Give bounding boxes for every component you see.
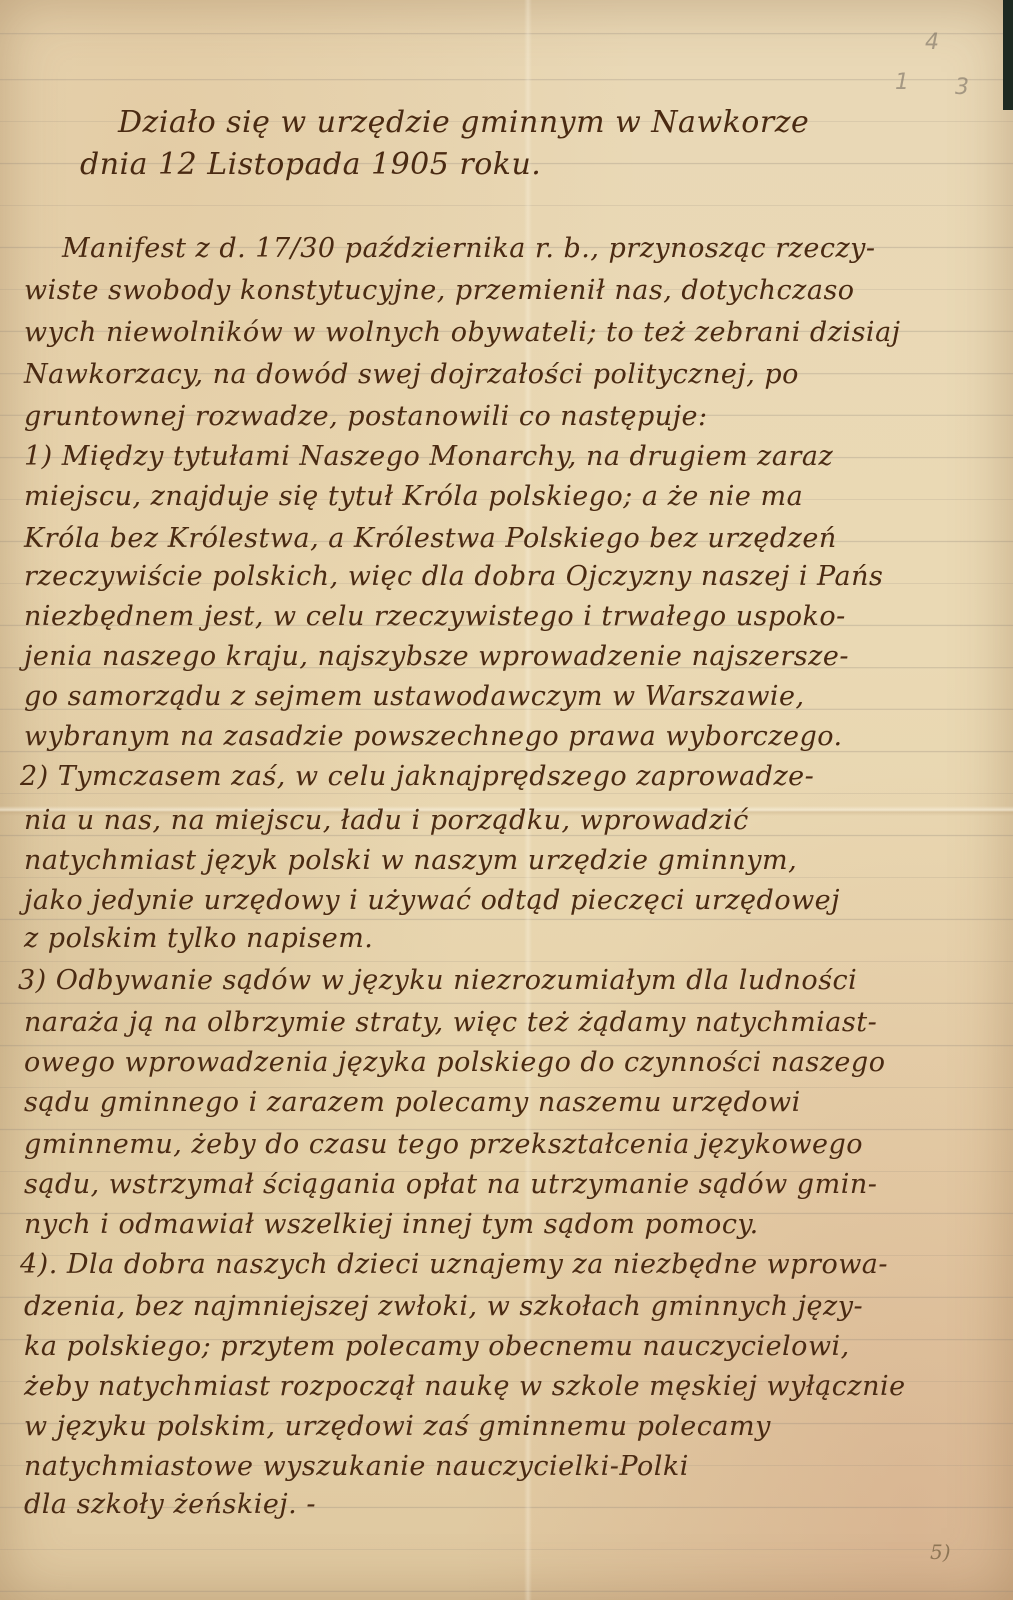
body-line: wybranym na zasadzie powszechnego prawa …: [24, 716, 843, 758]
body-line: gruntownej rozwadze, postanowili co nast…: [24, 396, 708, 438]
body-line: 2) Tymczasem zaś, w celu jaknajprędszego…: [20, 756, 814, 798]
body-line: miejscu, znajduje się tytuł Króla polski…: [24, 476, 803, 518]
body-line: ka polskiego; przytem polecamy obecnemu …: [24, 1326, 850, 1368]
body-line: z polskim tylko napisem.: [24, 918, 373, 960]
body-line: go samorządu z sejmem ustawodawczym w Wa…: [24, 676, 805, 718]
body-line: rzeczywiście polskich, więc dla dobra Oj…: [24, 556, 883, 598]
body-line: nych i odmawiał wszelkiej innej tym sądo…: [24, 1204, 759, 1246]
body-line: sądu, wstrzymał ściągania opłat na utrzy…: [24, 1164, 877, 1206]
body-line: Króla bez Królestwa, a Królestwa Polskie…: [24, 518, 837, 560]
corner-mark: 1: [895, 70, 909, 95]
body-line: w języku polskim, urzędowi zaś gminnemu …: [24, 1406, 771, 1448]
body-line: naraża ją na olbrzymie straty, więc też …: [24, 1002, 877, 1044]
page-number: 5): [930, 1540, 951, 1564]
body-line: żeby natychmiast rozpoczął naukę w szkol…: [24, 1366, 906, 1408]
body-line: gminnemu, żeby do czasu tego przekształc…: [24, 1124, 863, 1166]
body-line: natychmiast język polski w naszym urzędz…: [24, 840, 797, 882]
body-line: 3) Odbywanie sądów w języku niezrozumiał…: [18, 960, 857, 1002]
body-line: sądu gminnego i zarazem polecamy naszemu…: [24, 1082, 801, 1124]
body-line: wych niewolników w wolnych obywateli; to…: [24, 312, 901, 354]
body-line: Manifest z d. 17/30 października r. b., …: [62, 228, 876, 270]
body-line: 4). Dla dobra naszych dzieci uznajemy za…: [20, 1244, 888, 1286]
body-line: dla szkoły żeńskiej. -: [24, 1484, 316, 1526]
body-line: dzenia, bez najmniejszej zwłoki, w szkoł…: [24, 1286, 863, 1328]
body-line: jako jedynie urzędowy i używać odtąd pie…: [24, 880, 840, 922]
body-line: jenia naszego kraju, najszybsze wprowadz…: [24, 636, 849, 678]
corner-mark: 3: [955, 75, 969, 100]
heading-line: dnia 12 Listopada 1905 roku.: [80, 144, 541, 186]
body-line: Nawkorzacy, na dowód swej dojrzałości po…: [24, 354, 799, 396]
body-line: owego wprowadzenia języka polskiego do c…: [24, 1042, 885, 1084]
manuscript-page: 4 3 1 Działo się w urzędzie gminnym w Na…: [0, 0, 1013, 1600]
torn-edge: [1003, 0, 1013, 110]
corner-mark: 4: [925, 30, 939, 55]
body-line: 1) Między tytułami Naszego Monarchy, na …: [24, 436, 833, 478]
heading-line: Działo się w urzędzie gminnym w Nawkorze: [118, 102, 809, 144]
body-line: niezbędnem jest, w celu rzeczywistego i …: [24, 596, 846, 638]
body-line: natychmiastowe wyszukanie nauczycielki-P…: [24, 1446, 689, 1488]
body-line: nia u nas, na miejscu, ładu i porządku, …: [24, 800, 749, 842]
body-line: wiste swobody konstytucyjne, przemienił …: [24, 270, 855, 312]
